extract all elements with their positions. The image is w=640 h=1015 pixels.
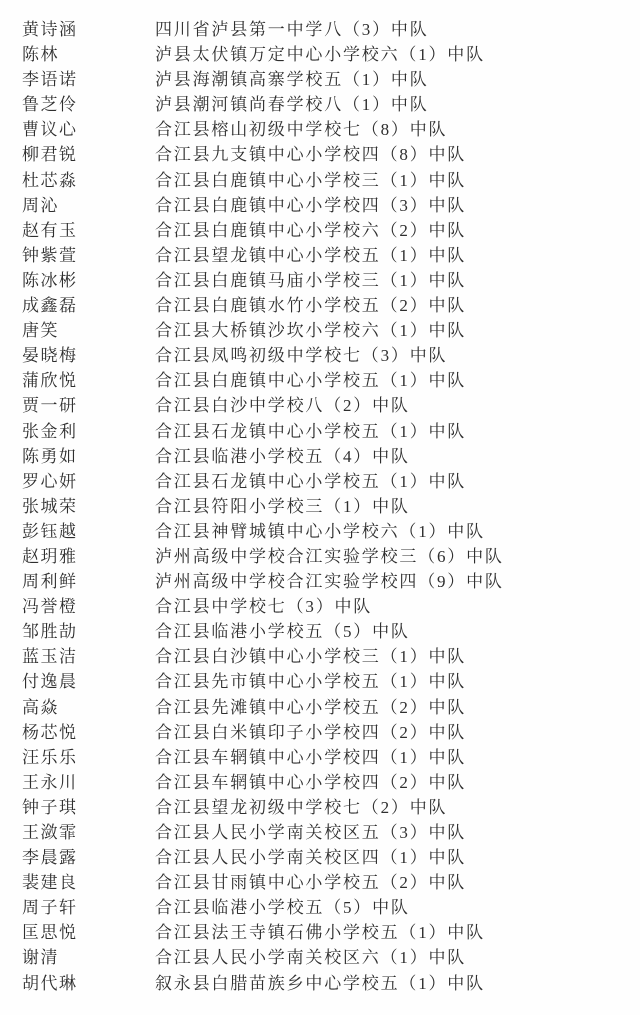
school-class-name: 合江县人民小学南关校区六（1）中队 bbox=[155, 945, 630, 970]
list-row: 杨芯悦 合江县白米镇印子小学校四（2）中队 bbox=[22, 720, 630, 745]
student-name: 陈勇如 bbox=[22, 444, 155, 469]
list-row: 周子轩 合江县临港小学校五（5）中队 bbox=[22, 895, 630, 920]
student-name: 周利鲜 bbox=[22, 569, 155, 594]
student-name: 赵有玉 bbox=[22, 218, 155, 243]
student-name: 高焱 bbox=[22, 695, 155, 720]
school-class-name: 合江县榕山初级中学校七（8）中队 bbox=[155, 117, 630, 142]
school-class-name: 合江县人民小学南关校区四（1）中队 bbox=[155, 845, 630, 870]
list-row: 张金利 合江县石龙镇中心小学校五（1）中队 bbox=[22, 419, 630, 444]
student-name: 李晨露 bbox=[22, 845, 155, 870]
school-class-name: 合江县白鹿镇马庙小学校三（1）中队 bbox=[155, 268, 630, 293]
student-name: 钟子琪 bbox=[22, 795, 155, 820]
list-row: 胡代琳 叙永县白腊苗族乡中心学校五（1）中队 bbox=[22, 971, 630, 996]
school-class-name: 叙永县白腊苗族乡中心学校五（1）中队 bbox=[155, 971, 630, 996]
school-class-name: 合江县神臂城镇中心小学校六（1）中队 bbox=[155, 519, 630, 544]
student-name: 杨芯悦 bbox=[22, 720, 155, 745]
school-class-name: 合江县九支镇中心小学校四（8）中队 bbox=[155, 142, 630, 167]
student-name: 贾一研 bbox=[22, 393, 155, 418]
school-class-name: 合江县车辋镇中心小学校四（1）中队 bbox=[155, 745, 630, 770]
student-name: 成鑫磊 bbox=[22, 293, 155, 318]
student-name: 蒲欣悦 bbox=[22, 368, 155, 393]
list-row: 王永川 合江县车辋镇中心小学校四（2）中队 bbox=[22, 770, 630, 795]
school-class-name: 合江县望龙镇中心小学校五（1）中队 bbox=[155, 243, 630, 268]
list-row: 付逸晨 合江县先市镇中心小学校五（1）中队 bbox=[22, 669, 630, 694]
student-name: 汪乐乐 bbox=[22, 745, 155, 770]
student-name: 周子轩 bbox=[22, 895, 155, 920]
student-name: 蓝玉洁 bbox=[22, 644, 155, 669]
school-class-name: 泸县太伏镇万定中心小学校六（1）中队 bbox=[155, 42, 630, 67]
school-class-name: 合江县先滩镇中心小学校五（2）中队 bbox=[155, 695, 630, 720]
student-name: 李语诺 bbox=[22, 67, 155, 92]
school-class-name: 合江县白鹿镇中心小学校六（2）中队 bbox=[155, 218, 630, 243]
student-name: 钟紫萱 bbox=[22, 243, 155, 268]
school-class-name: 合江县符阳小学校三（1）中队 bbox=[155, 494, 630, 519]
student-name: 付逸晨 bbox=[22, 669, 155, 694]
list-row: 杜芯淼 合江县白鹿镇中心小学校三（1）中队 bbox=[22, 168, 630, 193]
list-row: 赵玥雅 泸州高级中学校合江实验学校三（6）中队 bbox=[22, 544, 630, 569]
student-name: 杜芯淼 bbox=[22, 168, 155, 193]
list-row: 邹胜劼 合江县临港小学校五（5）中队 bbox=[22, 619, 630, 644]
school-class-name: 合江县先市镇中心小学校五（1）中队 bbox=[155, 669, 630, 694]
list-row: 赵有玉 合江县白鹿镇中心小学校六（2）中队 bbox=[22, 218, 630, 243]
list-row: 张城荣 合江县符阳小学校三（1）中队 bbox=[22, 494, 630, 519]
list-row: 王潋霏 合江县人民小学南关校区五（3）中队 bbox=[22, 820, 630, 845]
school-class-name: 合江县临港小学校五（5）中队 bbox=[155, 619, 630, 644]
school-class-name: 合江县白鹿镇水竹小学校五（2）中队 bbox=[155, 293, 630, 318]
list-row: 钟紫萱 合江县望龙镇中心小学校五（1）中队 bbox=[22, 243, 630, 268]
student-name: 胡代琳 bbox=[22, 971, 155, 996]
list-row: 钟子琪 合江县望龙初级中学校七（2）中队 bbox=[22, 795, 630, 820]
list-row: 陈冰彬 合江县白鹿镇马庙小学校三（1）中队 bbox=[22, 268, 630, 293]
list-row: 周利鲜 泸州高级中学校合江实验学校四（9）中队 bbox=[22, 569, 630, 594]
school-class-name: 合江县凤鸣初级中学校七（3）中队 bbox=[155, 343, 630, 368]
school-class-name: 合江县临港小学校五（5）中队 bbox=[155, 895, 630, 920]
school-class-name: 合江县白米镇印子小学校四（2）中队 bbox=[155, 720, 630, 745]
list-row: 贾一研 合江县白沙中学校八（2）中队 bbox=[22, 393, 630, 418]
school-class-name: 泸县海潮镇高寨学校五（1）中队 bbox=[155, 67, 630, 92]
list-row: 高焱 合江县先滩镇中心小学校五（2）中队 bbox=[22, 695, 630, 720]
school-class-name: 合江县临港小学校五（4）中队 bbox=[155, 444, 630, 469]
school-class-name: 合江县白鹿镇中心小学校四（3）中队 bbox=[155, 193, 630, 218]
school-class-name: 泸县潮河镇尚春学校八（1）中队 bbox=[155, 92, 630, 117]
student-name: 曹议心 bbox=[22, 117, 155, 142]
list-row: 蒲欣悦 合江县白鹿镇中心小学校五（1）中队 bbox=[22, 368, 630, 393]
student-roster-document: 黄诗涵 四川省泸县第一中学八（3）中队 陈林 泸县太伏镇万定中心小学校六（1）中… bbox=[0, 0, 640, 1015]
list-row: 成鑫磊 合江县白鹿镇水竹小学校五（2）中队 bbox=[22, 293, 630, 318]
list-row: 曹议心 合江县榕山初级中学校七（8）中队 bbox=[22, 117, 630, 142]
student-name: 周沁 bbox=[22, 193, 155, 218]
student-name: 张城荣 bbox=[22, 494, 155, 519]
list-row: 鲁芝伶 泸县潮河镇尚春学校八（1）中队 bbox=[22, 92, 630, 117]
school-class-name: 合江县白沙镇中心小学校三（1）中队 bbox=[155, 644, 630, 669]
list-row: 李语诺 泸县海潮镇高寨学校五（1）中队 bbox=[22, 67, 630, 92]
list-row: 李晨露 合江县人民小学南关校区四（1）中队 bbox=[22, 845, 630, 870]
list-row: 谢清 合江县人民小学南关校区六（1）中队 bbox=[22, 945, 630, 970]
student-name: 王潋霏 bbox=[22, 820, 155, 845]
student-name: 彭钰越 bbox=[22, 519, 155, 544]
school-class-name: 合江县白鹿镇中心小学校五（1）中队 bbox=[155, 368, 630, 393]
school-class-name: 合江县法王寺镇石佛小学校五（1）中队 bbox=[155, 920, 630, 945]
school-class-name: 泸州高级中学校合江实验学校四（9）中队 bbox=[155, 569, 630, 594]
list-row: 唐笑 合江县大桥镇沙坎小学校六（1）中队 bbox=[22, 318, 630, 343]
list-row: 陈林 泸县太伏镇万定中心小学校六（1）中队 bbox=[22, 42, 630, 67]
page: { "document": { "rows": [ { "name": "黄诗涵… bbox=[0, 0, 640, 1015]
school-class-name: 合江县车辋镇中心小学校四（2）中队 bbox=[155, 770, 630, 795]
list-row: 周沁 合江县白鹿镇中心小学校四（3）中队 bbox=[22, 193, 630, 218]
student-name: 罗心妍 bbox=[22, 469, 155, 494]
student-name: 鲁芝伶 bbox=[22, 92, 155, 117]
school-class-name: 四川省泸县第一中学八（3）中队 bbox=[155, 17, 630, 42]
student-name: 邹胜劼 bbox=[22, 619, 155, 644]
school-class-name: 泸州高级中学校合江实验学校三（6）中队 bbox=[155, 544, 630, 569]
student-name: 王永川 bbox=[22, 770, 155, 795]
student-name: 裴建良 bbox=[22, 870, 155, 895]
list-row: 彭钰越 合江县神臂城镇中心小学校六（1）中队 bbox=[22, 519, 630, 544]
student-name: 陈冰彬 bbox=[22, 268, 155, 293]
school-class-name: 合江县白沙中学校八（2）中队 bbox=[155, 393, 630, 418]
list-row: 黄诗涵 四川省泸县第一中学八（3）中队 bbox=[22, 17, 630, 42]
student-name: 匡思悦 bbox=[22, 920, 155, 945]
school-class-name: 合江县大桥镇沙坎小学校六（1）中队 bbox=[155, 318, 630, 343]
list-row: 柳君锐 合江县九支镇中心小学校四（8）中队 bbox=[22, 142, 630, 167]
student-name: 唐笑 bbox=[22, 318, 155, 343]
student-name: 陈林 bbox=[22, 42, 155, 67]
school-class-name: 合江县白鹿镇中心小学校三（1）中队 bbox=[155, 168, 630, 193]
student-name: 晏晓梅 bbox=[22, 343, 155, 368]
student-name: 赵玥雅 bbox=[22, 544, 155, 569]
student-name: 冯誉橙 bbox=[22, 594, 155, 619]
student-name: 张金利 bbox=[22, 419, 155, 444]
school-class-name: 合江县甘雨镇中心小学校五（2）中队 bbox=[155, 870, 630, 895]
list-row: 蓝玉洁 合江县白沙镇中心小学校三（1）中队 bbox=[22, 644, 630, 669]
list-row: 裴建良 合江县甘雨镇中心小学校五（2）中队 bbox=[22, 870, 630, 895]
list-row: 汪乐乐 合江县车辋镇中心小学校四（1）中队 bbox=[22, 745, 630, 770]
school-class-name: 合江县望龙初级中学校七（2）中队 bbox=[155, 795, 630, 820]
list-row: 罗心妍 合江县石龙镇中心小学校五（1）中队 bbox=[22, 469, 630, 494]
list-row: 冯誉橙 合江县中学校七（3）中队 bbox=[22, 594, 630, 619]
school-class-name: 合江县石龙镇中心小学校五（1）中队 bbox=[155, 419, 630, 444]
list-row: 晏晓梅 合江县凤鸣初级中学校七（3）中队 bbox=[22, 343, 630, 368]
list-row: 匡思悦 合江县法王寺镇石佛小学校五（1）中队 bbox=[22, 920, 630, 945]
school-class-name: 合江县石龙镇中心小学校五（1）中队 bbox=[155, 469, 630, 494]
student-name: 谢清 bbox=[22, 945, 155, 970]
student-name: 柳君锐 bbox=[22, 142, 155, 167]
list-row: 陈勇如 合江县临港小学校五（4）中队 bbox=[22, 444, 630, 469]
school-class-name: 合江县中学校七（3）中队 bbox=[155, 594, 630, 619]
school-class-name: 合江县人民小学南关校区五（3）中队 bbox=[155, 820, 630, 845]
student-name: 黄诗涵 bbox=[22, 17, 155, 42]
